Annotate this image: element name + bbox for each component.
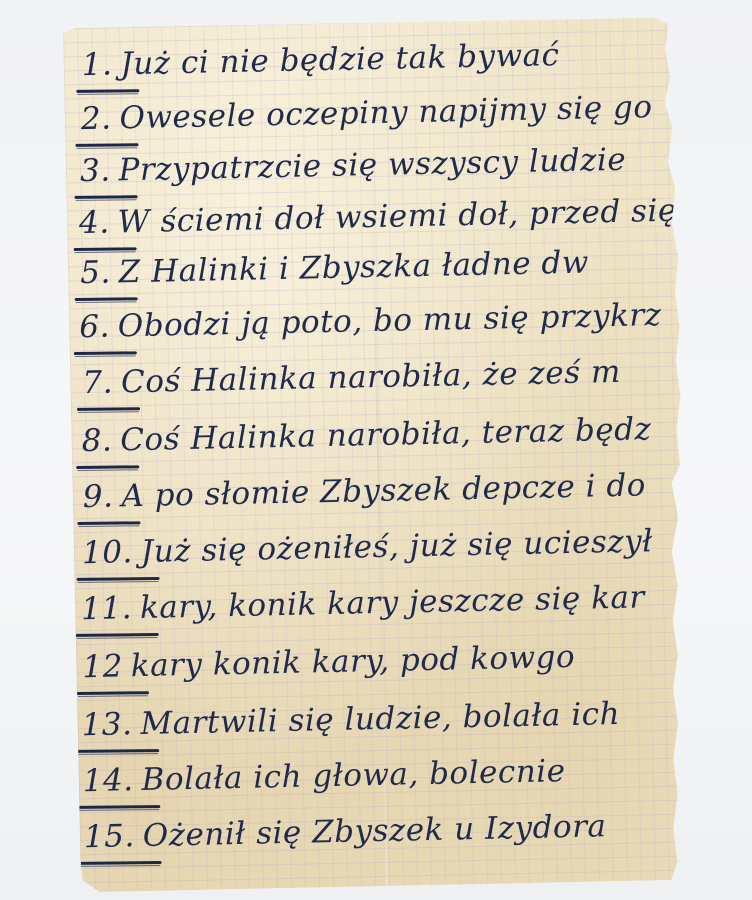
list-item: 12kary konik kary, pod kowgo <box>82 642 575 683</box>
list-item: 1.Już ci nie będzie tak bywać <box>81 40 559 81</box>
item-number: 9. <box>83 482 114 514</box>
list-item: 2.Owesele oczepiny napijmy się go <box>81 92 653 135</box>
item-text: Owesele oczepiny napijmy się go <box>119 92 653 134</box>
item-text: Z Halinki i Zbyszka ładne dw <box>118 248 589 289</box>
item-number: 7. <box>82 368 113 400</box>
item-number: 14. <box>82 765 133 797</box>
item-text: Przypatrzcie się wszyscy ludzie <box>118 145 626 187</box>
item-number: 1. <box>81 49 112 81</box>
item-number: 4. <box>79 208 110 240</box>
list-item: 11.kary, konik kary jeszcze się kar <box>81 582 645 625</box>
list-item: 9.A po słomie Zbyszek depcze i do <box>83 470 647 513</box>
item-text: Już ci nie będzie tak bywać <box>120 40 560 80</box>
notebook-paper-sheet: 1.Już ci nie będzie tak bywać 2.Owesele … <box>63 16 691 893</box>
item-text: kary konik kary, pod kowgo <box>131 642 576 682</box>
list-item: 14.Bolała ich głowa, bolecnie <box>82 756 565 797</box>
item-number: 10. <box>82 537 133 569</box>
item-text: Obodzi ją poto, bo mu się przykrz <box>118 300 662 342</box>
item-text: Ożenił się Zbyszek u Izydora <box>142 811 606 852</box>
item-number: 13. <box>81 709 132 741</box>
item-number: 6. <box>79 312 110 344</box>
item-number: 8. <box>81 426 112 458</box>
item-number: 3. <box>80 156 111 188</box>
scanned-page: 1.Już ci nie będzie tak bywać 2.Owesele … <box>0 0 752 900</box>
item-text: Coś Halinka narobiła, teraz będz <box>120 414 652 456</box>
list-item: 5.Z Halinki i Zbyszka ładne dw <box>80 248 589 290</box>
list-item: 8.Coś Halinka narobiła, teraz będz <box>81 414 651 457</box>
list-item: 3.Przypatrzcie się wszyscy ludzie <box>80 145 627 187</box>
item-text: Martwili się ludzie, bolała ich <box>140 699 620 740</box>
item-number: 2. <box>81 103 112 135</box>
list-item: 4.W ściemi doł wsiemi doł, przed się <box>79 196 677 240</box>
item-text: Coś Halinka narobiła, że ześ m <box>121 357 621 398</box>
list-item: 13.Martwili się ludzie, bolała ich <box>81 699 620 741</box>
list-item: 15.Ożenił się Zbyszek u Izydora <box>84 811 607 853</box>
item-text: Bolała ich głowa, bolecnie <box>141 756 566 796</box>
item-number: 12 <box>82 651 123 683</box>
item-number: 15. <box>84 821 135 853</box>
item-number: 11. <box>81 593 132 625</box>
item-text: Już się ożeniłeś, już się ucieszył <box>140 526 653 568</box>
list-item: 10.Już się ożeniłeś, już się ucieszył <box>82 526 653 569</box>
list-item: 6.Obodzi ją poto, bo mu się przykrz <box>79 300 662 343</box>
item-number: 5. <box>80 258 111 290</box>
list-item: 7.Coś Halinka narobiła, że ześ m <box>82 357 621 399</box>
item-text: A po słomie Zbyszek depcze i do <box>121 470 646 512</box>
item-text: kary, konik kary jeszcze się kar <box>140 582 645 624</box>
item-text: W ściemi doł wsiemi doł, przed się <box>117 196 677 239</box>
